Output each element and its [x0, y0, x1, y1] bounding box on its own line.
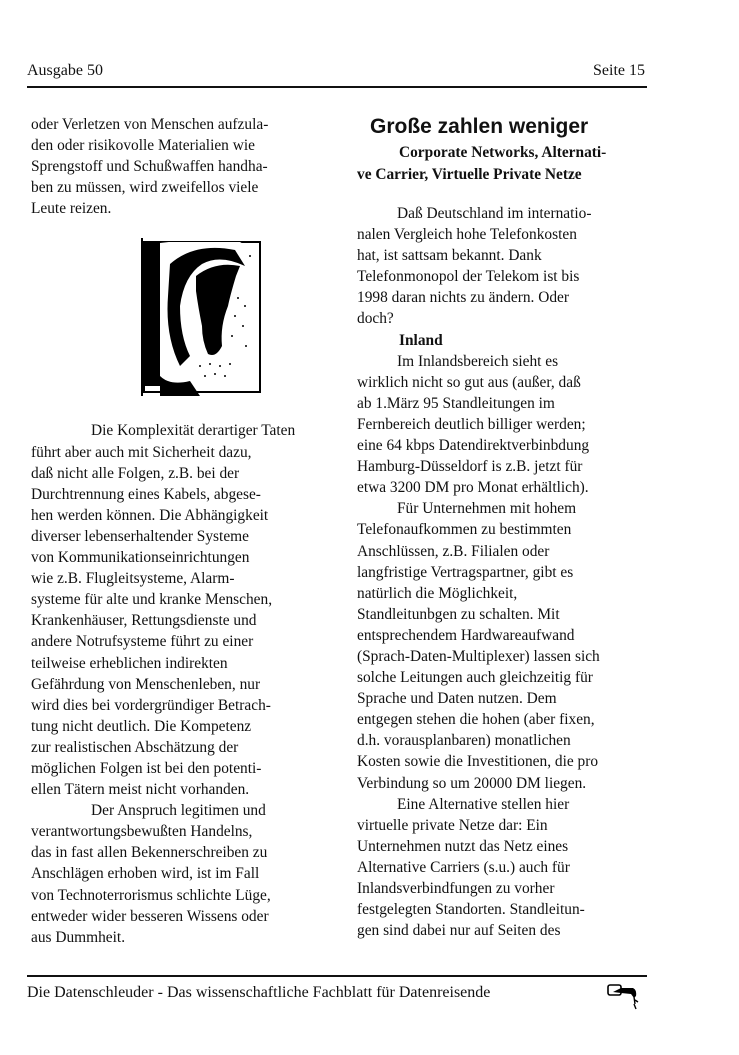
text-line: Verbindung so um 20000 DM liegen. — [357, 773, 657, 794]
text-line: Eine Alternative stellen hier — [357, 794, 657, 815]
text-line: Inlandsverbindfungen zu vorher — [357, 878, 657, 899]
text-line: (Sprach-Daten-Multiplexer) lassen sich — [357, 646, 657, 667]
text-line: solche Leitungen auch gleichzeitig für — [357, 667, 657, 688]
text-line: führt aber auch mit Sicherheit dazu, — [31, 442, 331, 463]
text-line: etwa 3200 DM pro Monat erhältlich). — [357, 477, 657, 498]
text-line: Anschlüssen, z.B. Filialen oder — [357, 541, 657, 562]
paragraph-companies: Für Unternehmen mit hohem Telefonaufkomm… — [357, 498, 657, 793]
text-line: entgegen stehen die hohen (aber fixen, — [357, 709, 657, 730]
paragraph-claim: Der Anspruch legitimen und verantwortung… — [31, 800, 331, 948]
text-line: Für Unternehmen mit hohem — [357, 498, 657, 519]
text-line: Sprengstoff und Schußwaffen handha- — [31, 156, 331, 177]
text-line: daß nicht alle Folgen, z.B. bei der — [31, 463, 331, 484]
text-line: von Technoterrorismus schlichte Lüge, — [31, 885, 331, 906]
text-line: Standleitunbgen zu schalten. Mit — [357, 604, 657, 625]
text-line: Krankenhäuser, Rettungsdienste und — [31, 610, 331, 631]
text-line: wirklich nicht so gut aus (außer, daß — [357, 372, 657, 393]
text-line: Telefonmonopol der Telekom ist bis — [357, 266, 657, 287]
page-footer: Die Datenschleuder - Das wissenschaftlic… — [27, 984, 490, 1002]
text-line: den oder risikovolle Materialien wie — [31, 135, 331, 156]
text-line: diverser lebenserhaltender Systeme — [31, 526, 331, 547]
text-line: wie z.B. Flugleitsysteme, Alarm- — [31, 568, 331, 589]
page-number: Seite 15 — [593, 62, 645, 80]
text-line: Telefonaufkommen zu bestimmten — [357, 519, 657, 540]
text-line: natürlich die Möglichkeit, — [357, 583, 657, 604]
text-line: Im Inlandsbereich sieht es — [357, 351, 657, 372]
text-line: zur realistischen Abschätzung der — [31, 737, 331, 758]
text-line: d.h. vorausplanbaren) monatlichen — [357, 730, 657, 751]
paragraph-complexity: Die Komplexität derartiger Taten führt a… — [31, 420, 331, 800]
text-line: entsprechendem Hardwareaufwand — [357, 625, 657, 646]
text-line: eine 64 kbps Datendirektverbinbdung — [357, 435, 657, 456]
text-line: gen sind dabei nur auf Seiten des — [357, 920, 657, 941]
text-line: Fernbereich deutlich billiger werden; — [357, 414, 657, 435]
text-line: möglichen Folgen ist bei den potenti- — [31, 758, 331, 779]
text-line: ab 1.März 95 Standleitungen im — [357, 393, 657, 414]
text-line: Daß Deutschland im internatio- — [357, 203, 657, 224]
page-header: Ausgabe 50 Seite 15 — [27, 62, 647, 86]
text-line: Die Komplexität derartiger Taten — [31, 420, 331, 441]
text-line: Durchtrennung eines Kabels, abgese- — [31, 484, 331, 505]
paragraph-alternative: Eine Alternative stellen hier virtuelle … — [357, 794, 657, 942]
text-line: Alternative Carriers (s.u.) auch für — [357, 857, 657, 878]
ccc-logo-icon — [607, 982, 641, 1012]
text-line: teilweise erheblichen indirekten — [31, 653, 331, 674]
ear-illustration-icon — [140, 236, 262, 398]
footer-rule — [27, 975, 647, 977]
section-title-inland: Inland — [357, 330, 657, 351]
article-subheading: Corporate Networks, Alternati- ve Carrie… — [357, 142, 657, 186]
text-line: hen werden können. Die Abhängigkeit — [31, 505, 331, 526]
text-line: aus Dummheit. — [31, 927, 331, 948]
text-line: nalen Vergleich hohe Telefonkosten — [357, 224, 657, 245]
text-line: wird dies bei vordergründiger Betrach- — [31, 695, 331, 716]
issue-number: Ausgabe 50 — [27, 62, 103, 80]
text-line: ve Carrier, Virtuelle Private Netze — [357, 164, 657, 186]
text-line: Unternehmen nutzt das Netz eines — [357, 836, 657, 857]
text-line: festgelegten Standorten. Standleitun- — [357, 899, 657, 920]
right-column: Große zahlen weniger Corporate Networks,… — [357, 114, 657, 941]
text-line: Leute reizen. — [31, 198, 331, 219]
text-line: Der Anspruch legitimen und — [31, 800, 331, 821]
article-headline: Große zahlen weniger — [370, 114, 657, 140]
text-line: andere Notrufsysteme führt zu einer — [31, 631, 331, 652]
text-line: langfristige Vertragspartner, gibt es — [357, 562, 657, 583]
text-line: hat, ist sattsam bekannt. Dank — [357, 245, 657, 266]
text-line: oder Verletzen von Menschen aufzula- — [31, 114, 331, 135]
text-line: Anschlägen erhoben wird, ist im Fall — [31, 863, 331, 884]
header-rule — [27, 86, 647, 88]
text-line: das in fast allen Bekennerschreiben zu — [31, 842, 331, 863]
text-line: entweder wider besseren Wissens oder — [31, 906, 331, 927]
text-line: 1998 daran nichts zu ändern. Oder — [357, 287, 657, 308]
text-line: Kosten sowie die Investitionen, die pro — [357, 751, 657, 772]
text-line: Hamburg-Düsseldorf is z.B. jetzt für — [357, 456, 657, 477]
paragraph-inland: Im Inlandsbereich sieht es wirklich nich… — [357, 351, 657, 499]
spacer — [357, 186, 657, 203]
text-line: tung nicht deutlich. Die Kompetenz — [31, 716, 331, 737]
text-line: doch? — [357, 308, 657, 329]
text-line: Sprache und Daten nutzen. Dem — [357, 688, 657, 709]
text-line: ellen Tätern meist nicht vorhanden. — [31, 779, 331, 800]
text-line: Corporate Networks, Alternati- — [357, 142, 657, 164]
text-line: ben zu müssen, wird zweifellos viele — [31, 177, 331, 198]
text-line: systeme für alte und kranke Menschen, — [31, 589, 331, 610]
text-line: verantwortungsbewußten Handelns, — [31, 821, 331, 842]
text-line: Gefährdung von Menschenleben, nur — [31, 674, 331, 695]
paragraph-intro: Daß Deutschland im internatio- nalen Ver… — [357, 203, 657, 330]
text-line: von Kommunikationseinrichtungen — [31, 547, 331, 568]
paragraph-continued: oder Verletzen von Menschen aufzula- den… — [31, 114, 331, 219]
text-line: virtuelle private Netze dar: Ein — [357, 815, 657, 836]
